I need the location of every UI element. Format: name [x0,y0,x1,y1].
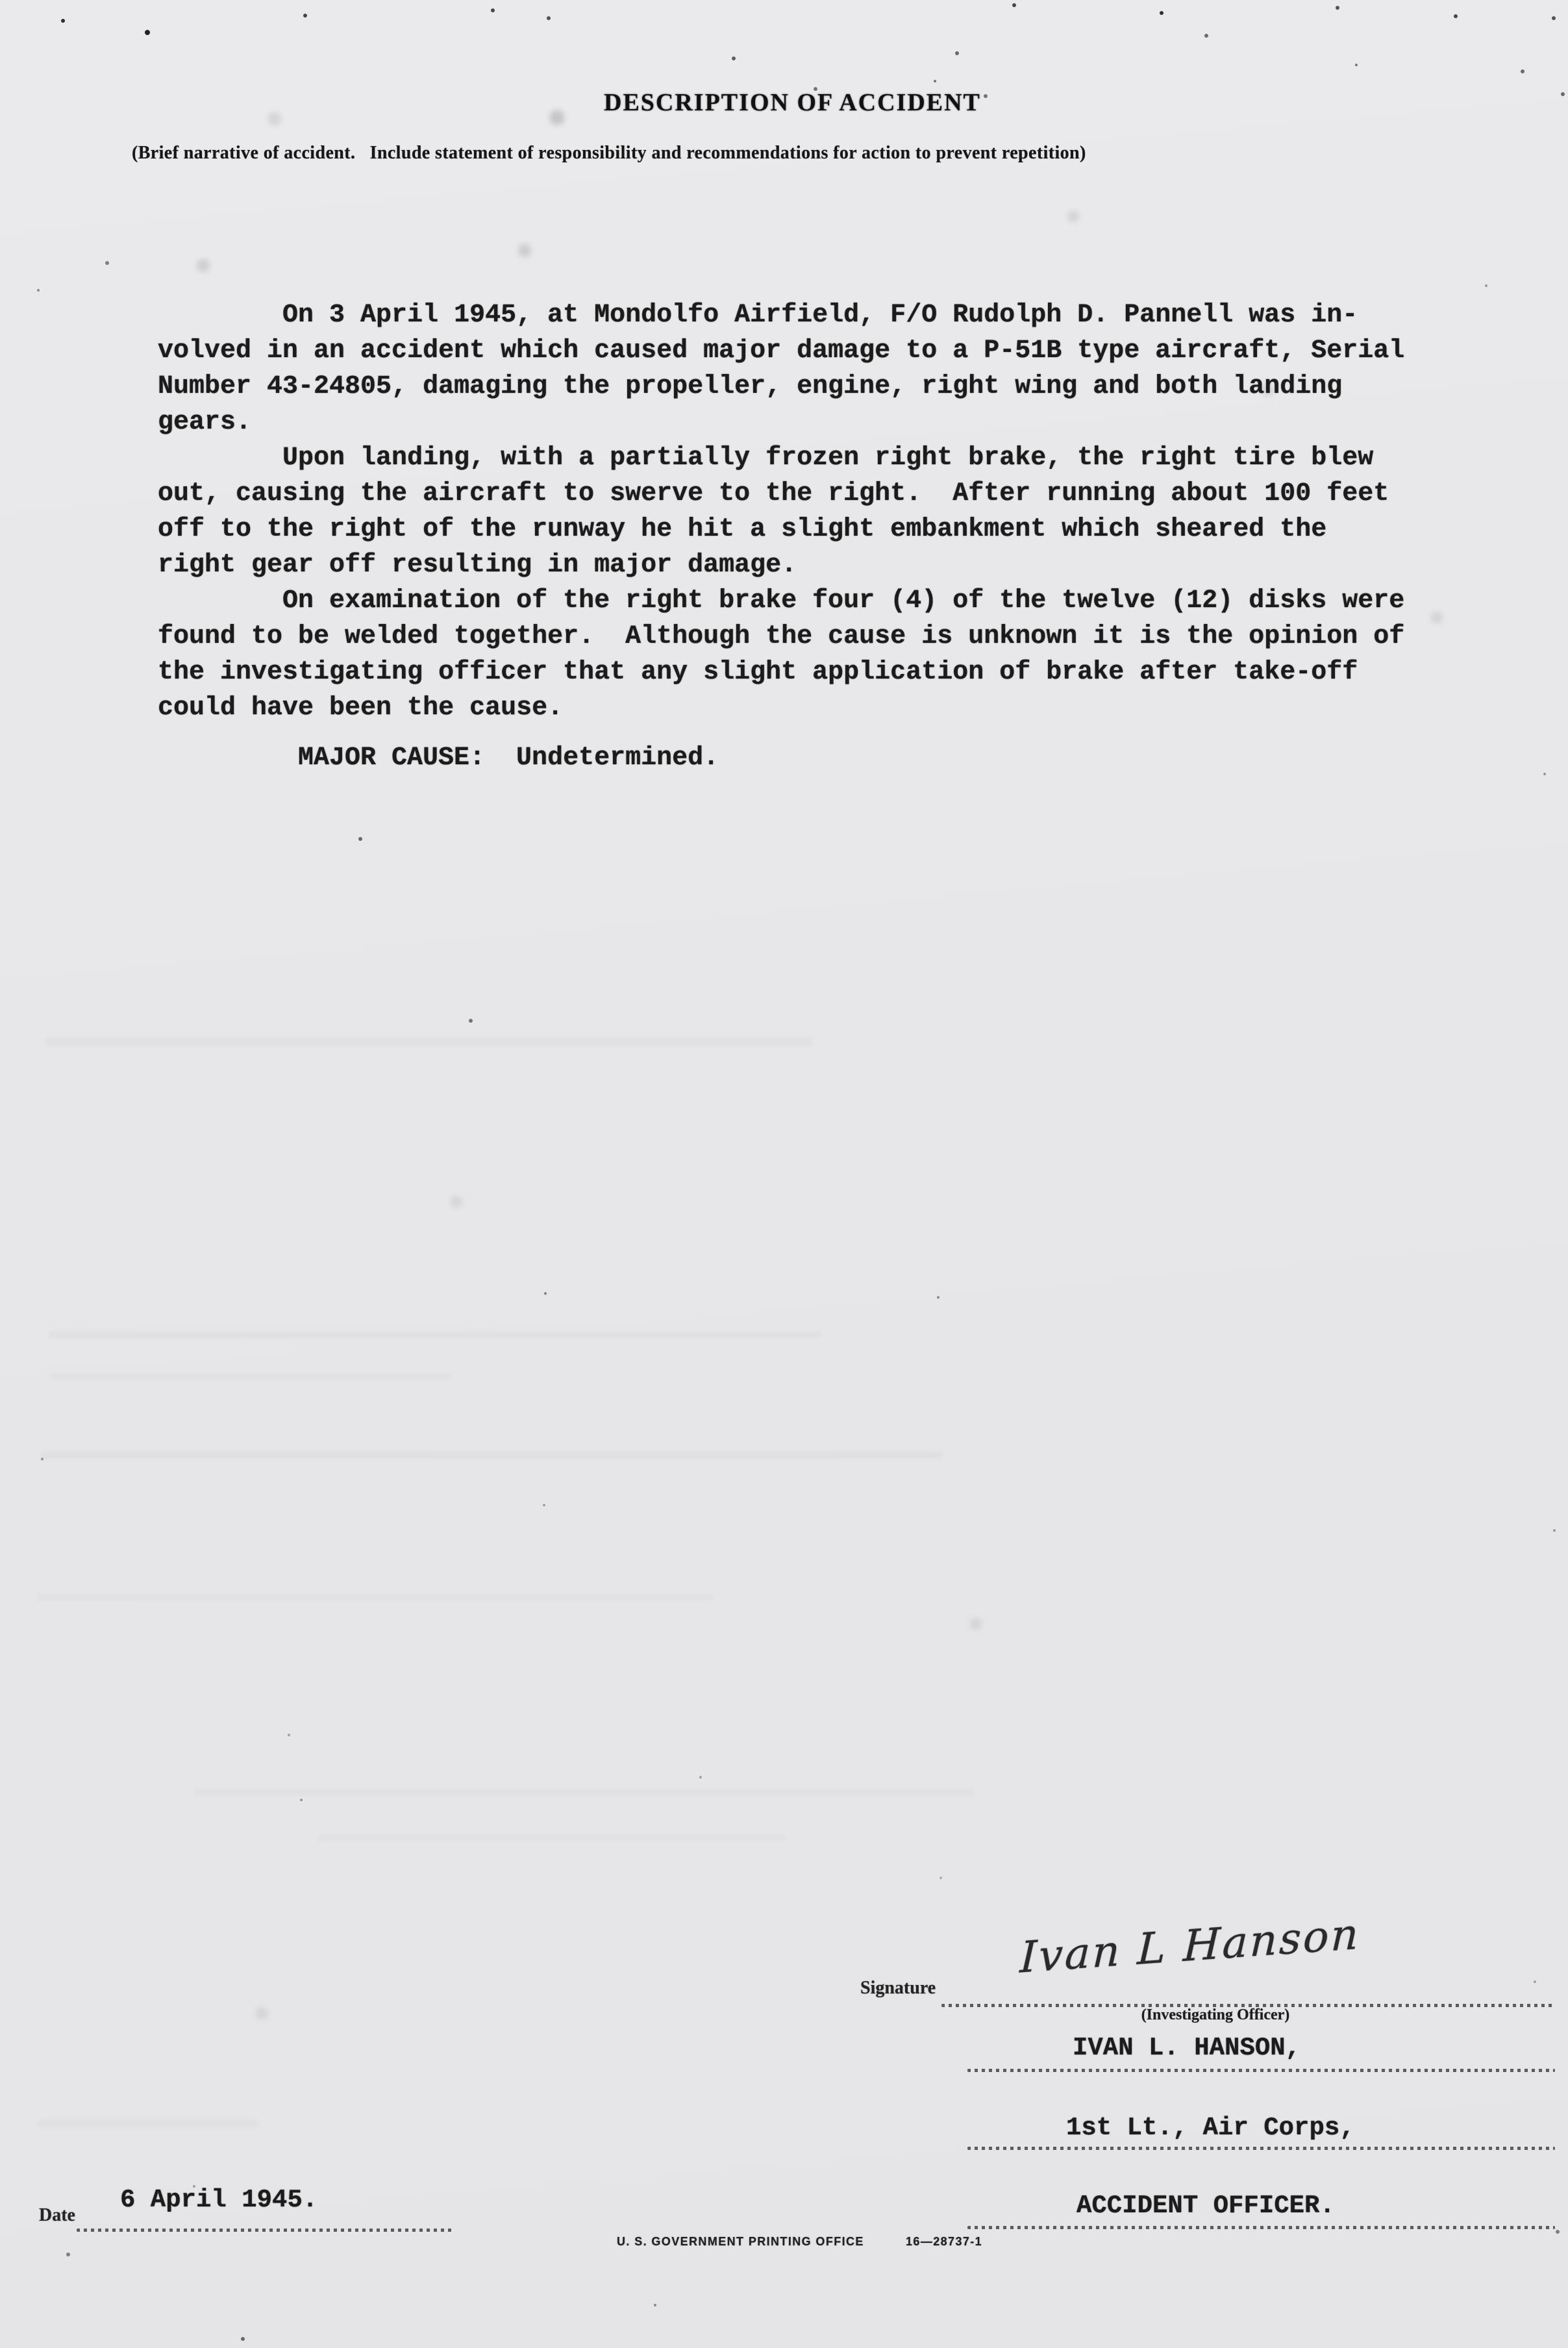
narrative-paragraph-3: On examination of the right brake four (… [158,583,1463,726]
printing-office-footer: U. S. GOVERNMENT PRINTING OFFICE [617,2235,864,2249]
handwritten-signature: Ivan L Hanson [1019,1901,1475,1982]
major-cause-line: MAJOR CAUSE: Undetermined. [298,740,1463,776]
bleedthrough-smudge [38,2120,258,2127]
scan-speckles-soft [0,0,4,4]
date-label: Date [39,2205,75,2226]
signature-caption: (Investigating Officer) [1066,2006,1365,2024]
bleedthrough-smudge [195,1789,974,1796]
bleedthrough-smudge [38,1594,713,1601]
scanned-document-page: DESCRIPTION OF ACCIDENT (Brief narrative… [0,0,1568,2348]
bleedthrough-smudge [45,1038,812,1046]
date-dotted-line [77,2229,452,2232]
accident-narrative: On 3 April 1945, at Mondolfo Airfield, F… [158,297,1463,776]
narrative-paragraph-1: On 3 April 1945, at Mondolfo Airfield, F… [158,297,1463,440]
bleedthrough-smudge [318,1834,786,1841]
signature-label: Signature [860,1978,936,1999]
name-dotted-line [967,2069,1555,2072]
document-title: DESCRIPTION OF ACCIDENT [604,88,981,117]
rank-dotted-line [967,2147,1555,2150]
bleedthrough-smudge [40,1451,943,1459]
bleedthrough-smudge [49,1373,451,1380]
title-dotted-line [967,2226,1555,2229]
bleedthrough-smudge [49,1331,821,1338]
form-number-footer: 16—28737-1 [906,2235,982,2249]
officer-title-line: ACCIDENT OFFICER. [1076,2192,1335,2220]
date-value: 6 April 1945. [120,2186,317,2214]
document-subtitle: (Brief narrative of accident. Include st… [132,143,1086,164]
officer-name-line: IVAN L. HANSON, [1073,2034,1300,2062]
narrative-paragraph-2: Upon landing, with a partially frozen ri… [158,440,1463,583]
officer-rank-line: 1st Lt., Air Corps, [1066,2114,1355,2142]
